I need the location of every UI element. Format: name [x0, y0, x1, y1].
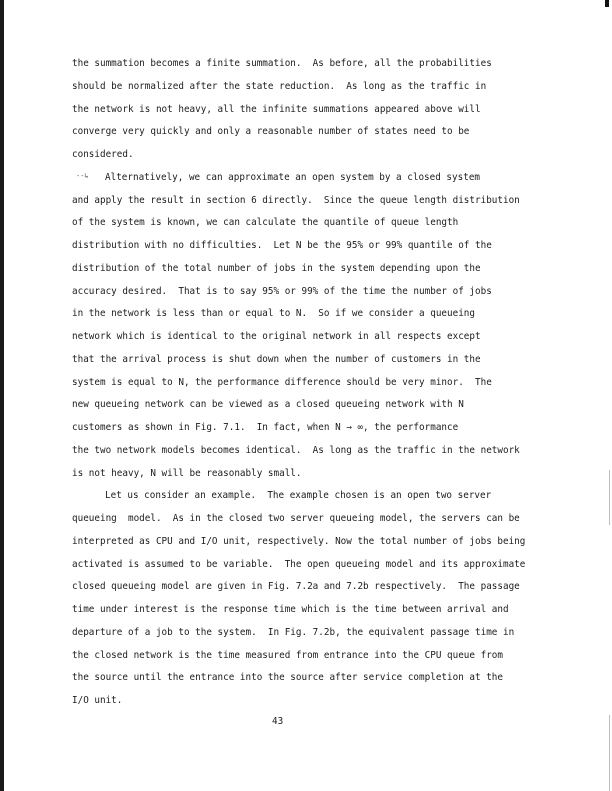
document-page: --↳ the summation becomes a finite summa…: [0, 0, 612, 791]
text-line: Alternatively, we can approximate an ope…: [105, 172, 480, 184]
text-line: and apply the result in section 6 direct…: [72, 195, 520, 207]
page-number: 43: [272, 716, 283, 727]
text-line: accuracy desired. That is to say 95% or …: [72, 286, 492, 298]
text-line: distribution of the total number of jobs…: [72, 263, 481, 275]
text-line: is not heavy, N will be reasonably small…: [72, 468, 302, 480]
text-line: that the arrival process is shut down wh…: [72, 354, 481, 366]
text-line: network which is identical to the origin…: [72, 331, 481, 343]
text-line: the two network models becomes identical…: [72, 445, 520, 457]
text-line: new queueing network can be viewed as a …: [72, 399, 464, 411]
text-line: should be normalized after the state red…: [72, 81, 486, 93]
text-line: the summation becomes a finite summation…: [72, 58, 492, 70]
text-line: the closed network is the time measured …: [72, 650, 503, 662]
text-line: departure of a job to the system. In Fig…: [72, 627, 514, 639]
text-line: I/O unit.: [72, 695, 122, 707]
text-line: of the system is known, we can calculate…: [72, 217, 458, 229]
handwritten-mark: --↳: [76, 172, 89, 180]
text-line: queueing model. As in the closed two ser…: [72, 513, 520, 525]
text-line: distribution with no difficulties. Let N…: [72, 240, 492, 252]
text-line: system is equal to N, the performance di…: [72, 377, 492, 389]
scan-edge-left: [0, 0, 4, 791]
text-line: the network is not heavy, all the infini…: [72, 104, 481, 116]
text-line: considered.: [72, 149, 134, 161]
scan-artifact: [609, 485, 610, 525]
scan-artifact: [609, 715, 610, 791]
text-line: customers as shown in Fig. 7.1. In fact,…: [72, 422, 458, 434]
text-line: converge very quickly and only a reasona…: [72, 126, 469, 138]
text-line: closed queueing model are given in Fig. …: [72, 581, 520, 593]
text-line: time under interest is the response time…: [72, 604, 509, 616]
text-line: interpreted as CPU and I/O unit, respect…: [72, 536, 525, 548]
text-line: in the network is less than or equal to …: [72, 308, 475, 320]
text-line: activated is assumed to be variable. The…: [72, 559, 525, 571]
text-line: the source until the entrance into the s…: [72, 672, 503, 684]
text-line: Let us consider an example. The example …: [105, 490, 491, 502]
scan-mark-top-right: [605, 0, 609, 7]
